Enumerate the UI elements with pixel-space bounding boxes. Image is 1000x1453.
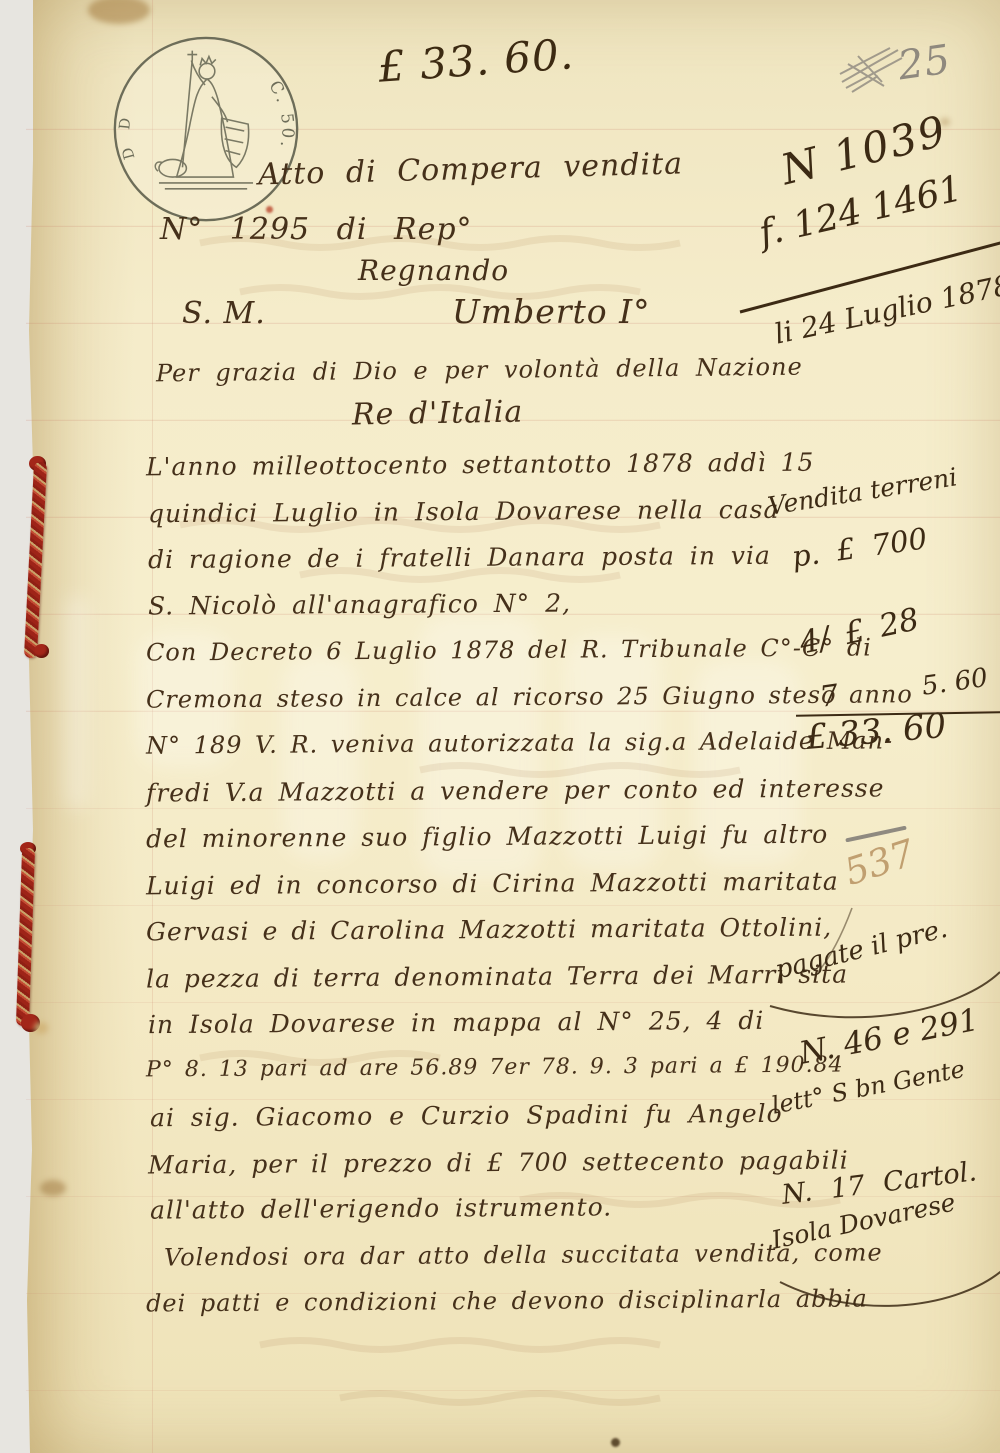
king-name: Umberto I° xyxy=(452,292,651,331)
manuscript-line: Gervasi e di Carolina Mazzotti maritata … xyxy=(146,913,832,947)
regnando-line: Regnando xyxy=(358,254,509,287)
manuscript-line: P° 8. 13 pari ad are 56.89 7er 78. 9. 3 … xyxy=(146,1053,844,1083)
manuscript-line: Con Decreto 6 Luglio 1878 del R. Tribuna… xyxy=(146,633,872,666)
manuscript-line: la pezza di terra denominata Terra dei M… xyxy=(146,960,848,994)
manuscript-line: Luigi ed in concorso di Cirina Mazzotti … xyxy=(146,867,839,901)
manuscript-line: Cremona steso in calce al ricorso 25 Giu… xyxy=(146,680,913,713)
manuscript-line: fredi V.a Mazzotti a vendere per conto e… xyxy=(146,773,885,807)
sm-abbrev: S. M. xyxy=(182,296,266,331)
manuscript-line: ai sig. Giacomo e Curzio Spadini fu Ange… xyxy=(150,1099,783,1132)
manuscript-line: in Isola Dovarese in mappa al N° 25, 4 d… xyxy=(148,1006,765,1039)
pencil-price-note: 25 xyxy=(895,37,954,90)
scan-watermark xyxy=(64,595,90,810)
manuscript-line: Maria, per il prezzo di £ 700 settecento… xyxy=(148,1146,849,1180)
manuscript-line: dei patti e condizioni che devono discip… xyxy=(146,1284,868,1317)
manuscript-line: quindici Luglio in Isola Dovarese nella … xyxy=(148,495,779,528)
manuscript-line: del minorenne suo figlio Mazzotti Luigi … xyxy=(146,820,828,854)
scanned-document: C. 50. D D £ 33. 60. 25 Atto di Compera … xyxy=(0,0,1000,1453)
manuscript-line: all'atto dell'erigendo istrumento. xyxy=(150,1192,612,1224)
manuscript-line: Re d'Italia xyxy=(352,395,524,433)
manuscript-line: di ragione de i fratelli Danara posta in… xyxy=(148,541,771,574)
stain xyxy=(40,1180,66,1196)
manuscript-line: S. Nicolò all'anagrafico N° 2, xyxy=(148,589,571,621)
manuscript-line: N° 189 V. R. veniva autorizzata la sig.a… xyxy=(146,726,893,759)
stain xyxy=(611,1438,620,1447)
thread-fray xyxy=(34,1022,48,1034)
thread-knot xyxy=(34,644,49,658)
manuscript-line: L'anno milleottocento settantotto 1878 a… xyxy=(146,448,815,482)
repertory-number: N° 1295 di Rep° xyxy=(160,212,473,247)
